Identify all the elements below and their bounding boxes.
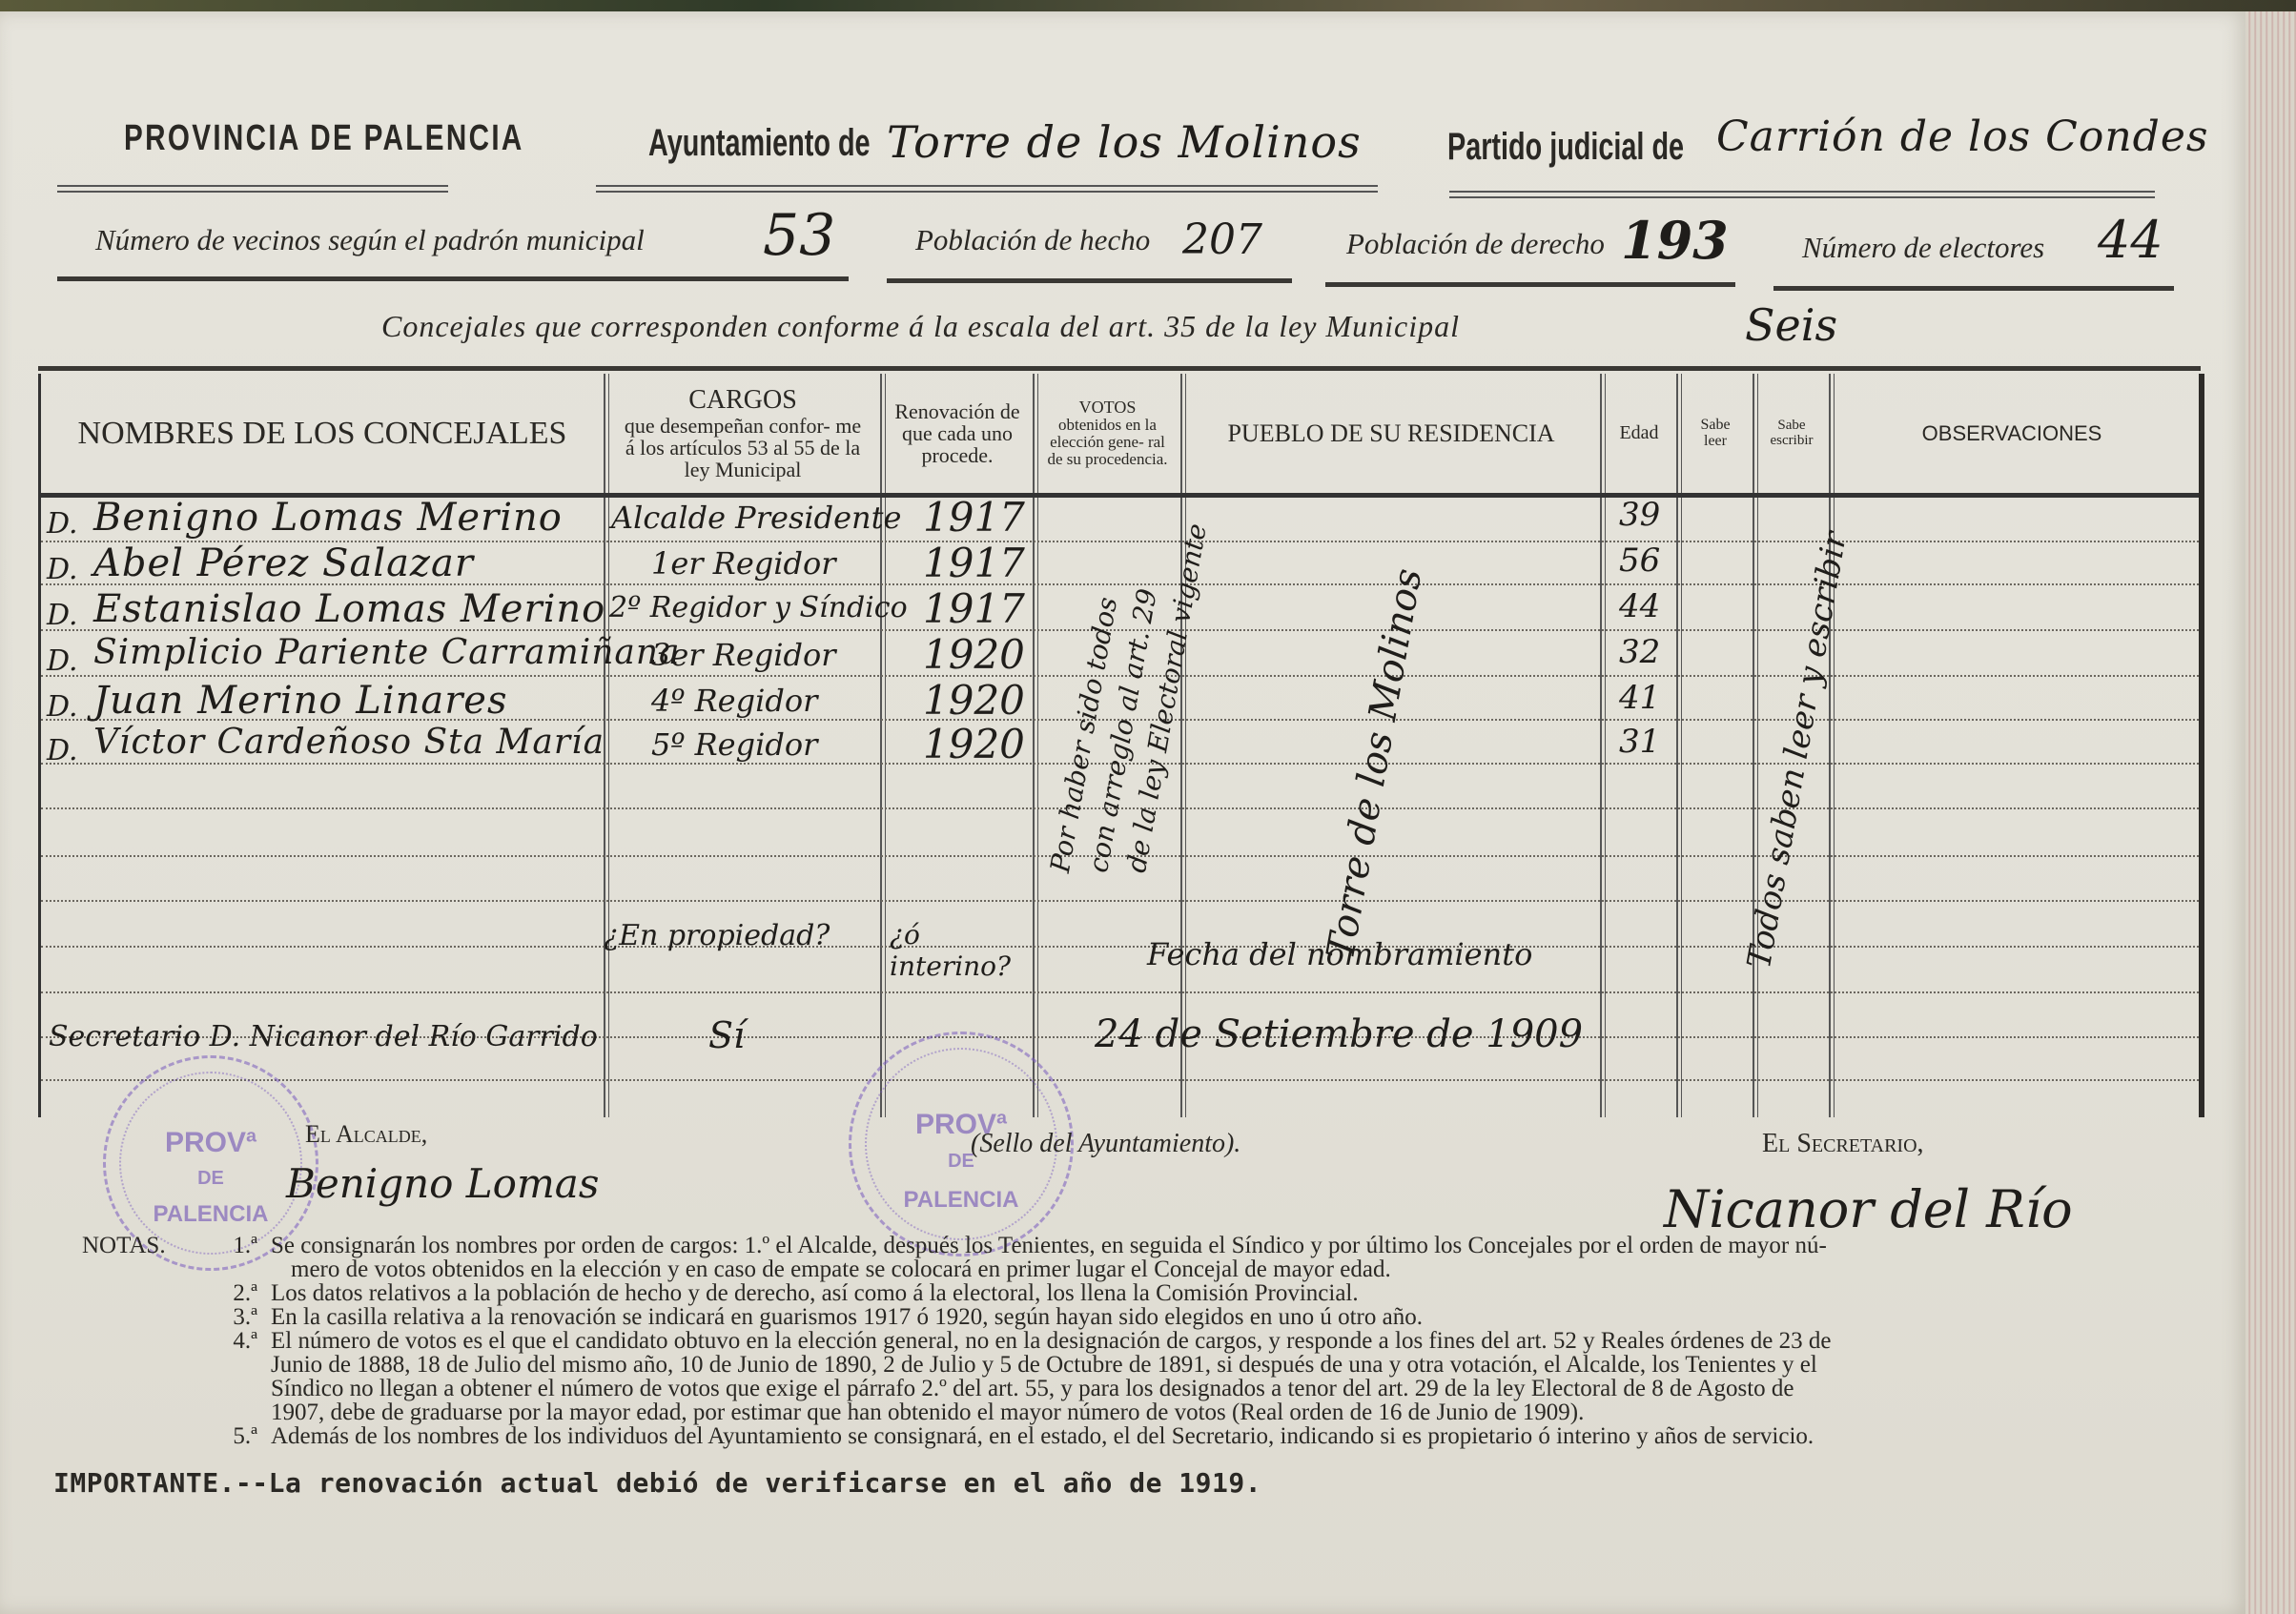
row-edad: 32 [1619,633,1660,671]
note-text: El número de votos es el que el candidat… [271,1329,1832,1353]
note-text: mero de votos obtenidos en la elección y… [86,1257,2203,1281]
propiedad-question: ¿En propiedad? [604,919,830,952]
row-edad: 41 [1619,679,1660,717]
header-edad: Edad [1602,374,1676,493]
importante-note: IMPORTANTE.--La renovación actual debió … [53,1467,1261,1499]
row-nombre: Simplicio Pariente Carramiñana [93,633,681,672]
header-nombres: NOMBRES DE LOS CONCEJALES [41,374,604,493]
note-item: 2.ª Los datos relativos a la población d… [86,1281,2203,1305]
note-text: Se consignarán los nombres por orden de … [271,1234,1827,1257]
row-nombre: Abel Pérez Salazar [93,541,474,585]
secretario-fecha: 24 de Setiembre de 1909 [1095,1012,1583,1056]
sello-label: (Sello del Ayuntamiento). [971,1129,1240,1159]
ayuntamiento-label: Ayuntamiento de [648,122,871,165]
row-edad: 31 [1619,723,1660,761]
note-item: NOTAS. 1.ª Se consignarán los nombres po… [86,1234,2203,1257]
rule [887,278,1292,283]
rule [57,276,849,281]
row-prefix: D. [47,553,78,586]
note-number: 2.ª [86,1281,271,1305]
electores-label: Número de electores [1802,231,2044,265]
note-number: 5.ª [86,1424,271,1448]
note-item: 5.ª Además de los nombres de los individ… [86,1424,2203,1448]
secretario-row-label: Secretario D. Nicanor del Río Garrido [49,1020,598,1053]
row-prefix: D. [47,507,78,541]
hecho-label: Población de hecho [915,223,1150,257]
header-cargos: CARGOS que desempeñan confor- me á los a… [605,374,880,493]
header-votos-title: VOTOS [1079,398,1137,417]
derecho-value: 193 [1621,210,1729,271]
row-renovacion: 1920 [923,631,1025,678]
fecha-label: Fecha del nombramiento [1147,936,1532,972]
book-page-edges [2245,11,2296,1614]
row-line [41,1079,2199,1081]
row-cargo: 5º Regidor [651,726,817,763]
row-prefix: D. [47,734,78,767]
electores-value: 44 [2098,210,2163,270]
row-cargo: 2º Regidor y Síndico [609,591,908,624]
vecinos-label: Número de vecinos según el padrón munici… [95,223,645,257]
row-prefix: D. [47,599,78,632]
province-title: PROVINCIA DE PALENCIA [124,118,524,159]
row-line [41,991,2199,993]
secretario-signature: Nicanor del Río [1664,1179,2073,1239]
row-renovacion: 1920 [923,721,1025,767]
stamp-line1: PROVª [106,1127,316,1159]
row-renovacion: 1917 [923,585,1025,632]
row-renovacion: 1920 [923,677,1025,724]
alcalde-label: El Alcalde, [305,1120,427,1149]
row-cargo: 3er Regidor [651,637,836,673]
stamp-line3: PALENCIA [851,1187,1071,1214]
interino-question: ¿ó interino? [890,919,1014,982]
note-text: Síndico no llegan a obtener el número de… [86,1377,2203,1400]
concejales-label: Concejales que corresponden conforme á l… [381,309,1460,344]
header-pueblo: PUEBLO DE SU RESIDENCIA [1182,374,1600,493]
header-cargos-sub: que desempeñan confor- me á los artículo… [624,415,862,480]
header-sabe-escribir: Sabe escribir [1754,374,1829,493]
header-sabe-leer: Sabe leer [1678,374,1753,493]
alcalde-signature: Benigno Lomas [286,1160,599,1207]
ayuntamiento-value: Torre de los Molinos [887,116,1362,168]
note-number: 3.ª [86,1305,271,1329]
note-text: En la casilla relativa a la renovación s… [271,1305,1423,1329]
header-votos: VOTOS obtenidos en la elección gene- ral… [1035,374,1180,493]
row-prefix: D. [47,644,78,678]
rule [57,185,448,193]
note-item: 4.ª El número de votos es el que el cand… [86,1329,2203,1353]
rule [596,185,1378,193]
note-text: Además de los nombres de los individuos … [271,1424,1814,1448]
vecinos-value: 53 [763,202,835,269]
concejales-value: Seis [1745,299,1837,351]
row-prefix: D. [47,690,78,724]
row-nombre: Víctor Cardeñoso Sta María [93,723,605,762]
table-top-rule [38,366,2201,371]
note-item: 3.ª En la casilla relativa a la renovaci… [86,1305,2203,1329]
notes-section: NOTAS. 1.ª Se consignarán los nombres po… [86,1234,2203,1448]
concejales-table: NOMBRES DE LOS CONCEJALES CARGOS que des… [38,374,2204,1117]
rule [1449,191,2155,198]
header-observaciones: OBSERVACIONES [1831,374,2193,493]
row-nombre: Benigno Lomas Merino [93,496,563,540]
row-renovacion: 1917 [923,540,1025,586]
stamp-line3: PALENCIA [106,1201,316,1228]
derecho-label: Población de derecho [1346,227,1605,261]
row-edad: 44 [1619,587,1660,625]
row-edad: 39 [1619,496,1660,534]
row-edad: 56 [1619,541,1660,580]
row-nombre: Juan Merino Linares [93,679,508,723]
note-text: Junio de 1888, 18 de Julio del mismo año… [86,1353,2203,1377]
note-number: 4.ª [86,1329,271,1353]
rule [1325,282,1735,287]
row-line [41,946,2199,948]
row-nombre: Estanislao Lomas Merino [93,587,605,631]
row-cargo: Alcalde Presidente [611,500,901,536]
row-line [41,855,2199,857]
partido-label: Partido judicial de [1447,126,1684,169]
row-renovacion: 1917 [923,494,1025,541]
hecho-value: 207 [1182,215,1262,264]
partido-value: Carrión de los Condes [1716,112,2208,161]
document-page: PROVINCIA DE PALENCIA Ayuntamiento de To… [0,11,2245,1614]
row-cargo: 1er Regidor [651,545,836,582]
notes-label: NOTAS. [82,1234,166,1257]
secretario-propiedad: Sí [708,1014,745,1056]
note-text: 1907, debe de graduarse por la mayor eda… [86,1400,2203,1424]
secretario-label: El Secretario, [1762,1129,1924,1159]
header-renovacion: Renovación de que cada uno procede. [882,374,1033,493]
row-cargo: 4º Regidor [651,683,817,719]
header-votos-sub: obtenidos en la elección gene- ral de su… [1043,417,1172,468]
stamp-line2: DE [106,1168,316,1190]
note-text: Los datos relativos a la población de he… [271,1281,1359,1305]
header-cargos-title: CARGOS [688,386,797,414]
rule [1773,286,2174,291]
row-line [41,900,2199,902]
